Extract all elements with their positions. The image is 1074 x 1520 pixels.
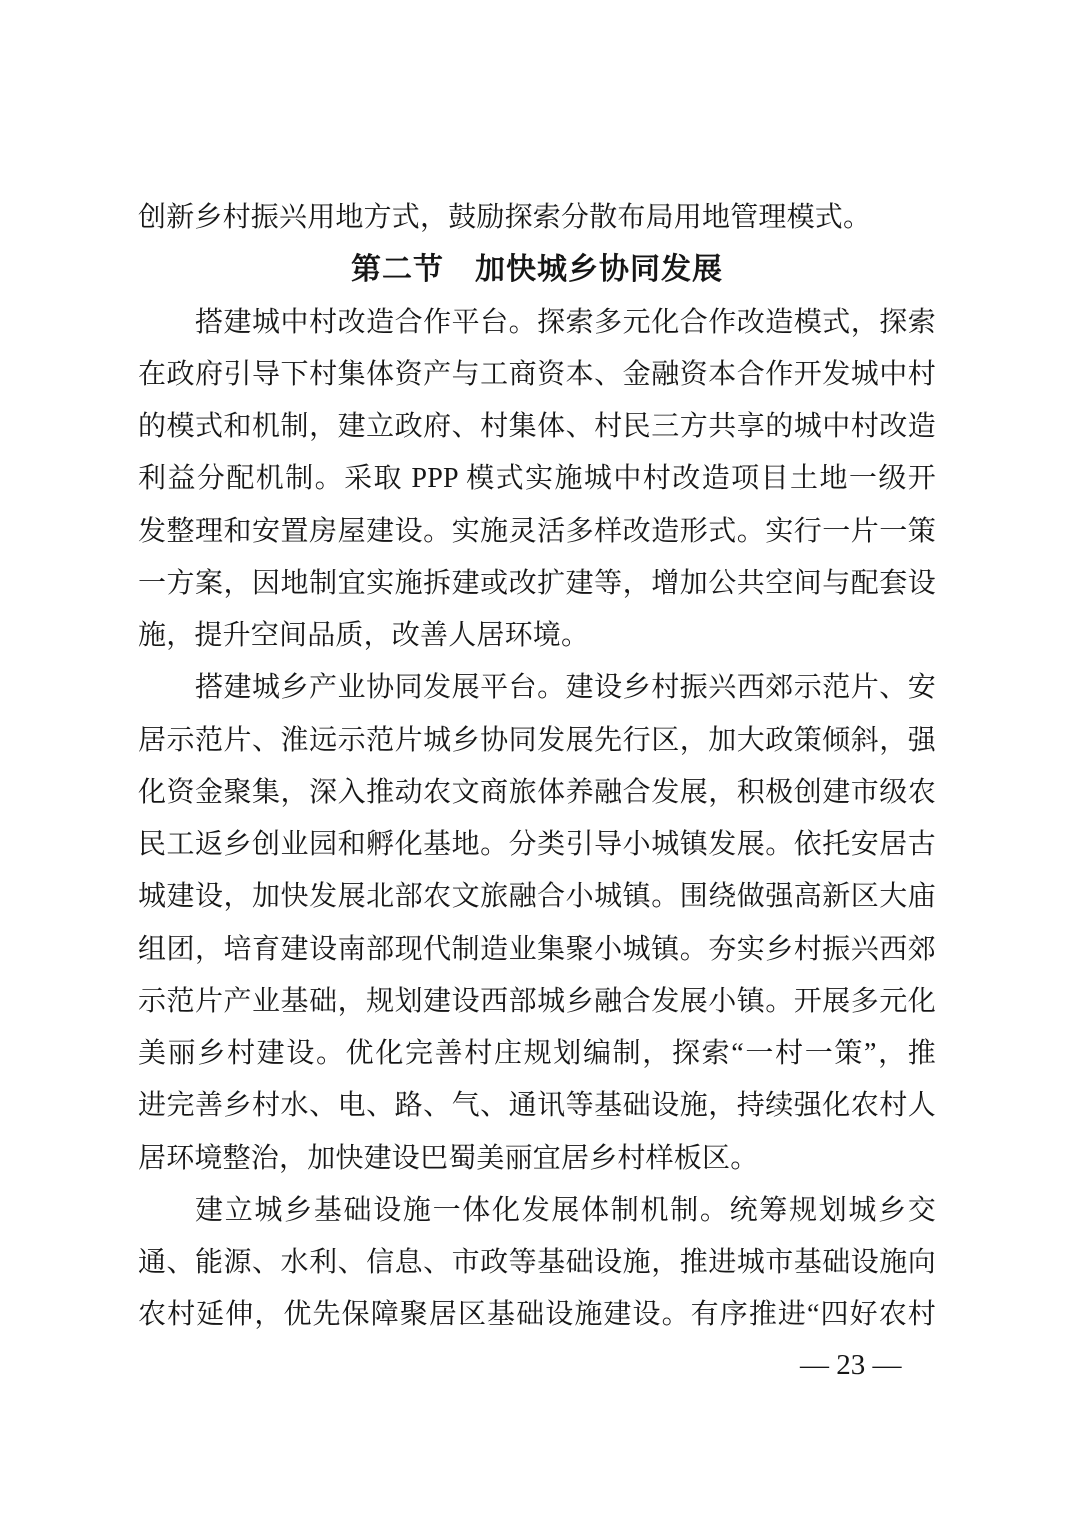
text-line: 发整理和安置房屋建设。实施灵活多样改造形式。实行一片一策 — [138, 506, 936, 558]
text-line: 化资金聚集，深入推动农文商旅体养融合发展，积极创建市级农 — [138, 767, 936, 819]
paragraph-3: 建立城乡基础设施一体化发展体制机制。统筹规划城乡交通、能源、水利、信息、市政等基… — [138, 1185, 936, 1342]
text-line: 利益分配机制。采取 PPP 模式实施城中村改造项目土地一级开 — [138, 453, 936, 505]
paragraph-1: 搭建城中村改造合作平台。探索多元化合作改造模式，探索在政府引导下村集体资产与工商… — [138, 297, 936, 663]
text-line: 在政府引导下村集体资产与工商资本、金融资本合作开发城中村 — [138, 349, 936, 401]
text-line: 通、能源、水利、信息、市政等基础设施，推进城市基础设施向 — [138, 1237, 936, 1289]
paragraph-2: 搭建城乡产业协同发展平台。建设乡村振兴西郊示范片、安居示范片、淮远示范片城乡协同… — [138, 662, 936, 1185]
text-line: 建立城乡基础设施一体化发展体制机制。统筹规划城乡交 — [138, 1185, 936, 1237]
document-body: 创新乡村振兴用地方式，鼓励探索分散布局用地管理模式。 第二节 加快城乡协同发展 … — [138, 192, 936, 1342]
text-line: 搭建城中村改造合作平台。探索多元化合作改造模式，探索 — [138, 297, 936, 349]
page-number: — 23 — — [800, 1349, 902, 1381]
text-line: 组团，培育建设南部现代制造业集聚小城镇。夯实乡村振兴西郊 — [138, 924, 936, 976]
text-line: 一方案，因地制宜实施拆建或改扩建等，增加公共空间与配套设 — [138, 558, 936, 610]
document-page: 创新乡村振兴用地方式，鼓励探索分散布局用地管理模式。 第二节 加快城乡协同发展 … — [0, 0, 1074, 1520]
text-line: 搭建城乡产业协同发展平台。建设乡村振兴西郊示范片、安 — [138, 662, 936, 714]
text-line: 民工返乡创业园和孵化基地。分类引导小城镇发展。依托安居古 — [138, 819, 936, 871]
text-line: 城建设，加快发展北部农文旅融合小城镇。围绕做强高新区大庙 — [138, 871, 936, 923]
text-line: 农村延伸，优先保障聚居区基础设施建设。有序推进“四好农村 — [138, 1289, 936, 1341]
paragraph-tail-line: 创新乡村振兴用地方式，鼓励探索分散布局用地管理模式。 — [138, 192, 936, 244]
text-line: 示范片产业基础，规划建设西部城乡融合发展小镇。开展多元化 — [138, 976, 936, 1028]
text-line: 进完善乡村水、电、路、气、通讯等基础设施，持续强化农村人 — [138, 1080, 936, 1132]
text-line: 的模式和机制，建立政府、村集体、村民三方共享的城中村改造 — [138, 401, 936, 453]
text-line: 居示范片、淮远示范片城乡协同发展先行区，加大政策倾斜，强 — [138, 715, 936, 767]
section-heading: 第二节 加快城乡协同发展 — [138, 244, 936, 296]
text-line: 施，提升空间品质，改善人居环境。 — [138, 610, 936, 662]
text-line: 美丽乡村建设。优化完善村庄规划编制，探索“一村一策”，推 — [138, 1028, 936, 1080]
text-line: 居环境整治，加快建设巴蜀美丽宜居乡村样板区。 — [138, 1133, 936, 1185]
